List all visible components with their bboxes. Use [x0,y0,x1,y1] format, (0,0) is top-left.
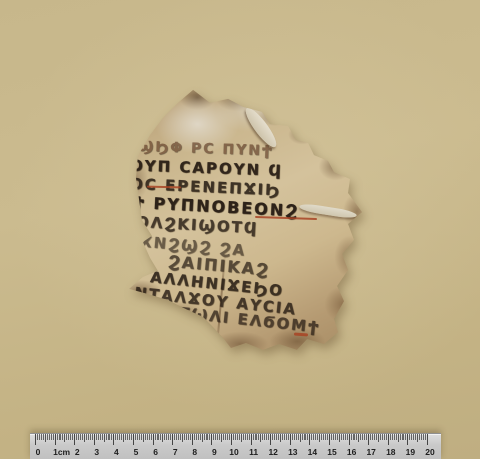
manuscript-text-line: ϢϦΦ ΡϹ ΠΥΝϮ [138,140,274,159]
photo-background: ϢϦΦ ΡϹ ΠΥΝϮΟΥΠ ϹΑΡΟΥΝ ϤΟϹ ΕΡΕΝΕΠϪΙϦϮ ΡΥΠ… [0,0,480,459]
ruler-label: 4 [114,447,119,457]
ruler-label: 14 [308,447,317,457]
ruler-label: 0 [36,447,41,457]
ruler-label: 15 [327,447,336,457]
ruler-label: 10 [229,447,238,457]
ruler-label: 8 [192,447,197,457]
parchment-surface: ϢϦΦ ΡϹ ΠΥΝϮΟΥΠ ϹΑΡΟΥΝ ϤΟϹ ΕΡΕΝΕΠϪΙϦϮ ΡΥΠ… [126,87,364,352]
ruler-label: 16 [347,447,356,457]
ruler-label: 5 [134,447,139,457]
ruler-label: 3 [94,447,99,457]
ruler-label: 9 [212,447,217,457]
ruler-label: 11 [249,447,258,457]
ruler-labels: 01cm234567891011121314151617181920 [30,434,441,459]
manuscript-fragment: ϢϦΦ ΡϹ ΠΥΝϮΟΥΠ ϹΑΡΟΥΝ ϤΟϹ ΕΡΕΝΕΠϪΙϦϮ ΡΥΠ… [126,87,364,352]
ruler-label: 18 [386,447,395,457]
ruler-label: 19 [406,447,415,457]
ruler-label: 6 [153,447,158,457]
ruler-label: 12 [268,447,277,457]
ruler-label: 1cm [53,447,70,457]
ruler-label: 20 [425,447,434,457]
ruler-label: 13 [288,447,297,457]
ruler: 01cm234567891011121314151617181920 [30,433,441,459]
ruler-label: 7 [173,447,178,457]
ruler-label: 2 [75,447,80,457]
ruler-label: 17 [366,447,375,457]
manuscript-lines: ϢϦΦ ΡϹ ΠΥΝϮΟΥΠ ϹΑΡΟΥΝ ϤΟϹ ΕΡΕΝΕΠϪΙϦϮ ΡΥΠ… [126,87,364,352]
